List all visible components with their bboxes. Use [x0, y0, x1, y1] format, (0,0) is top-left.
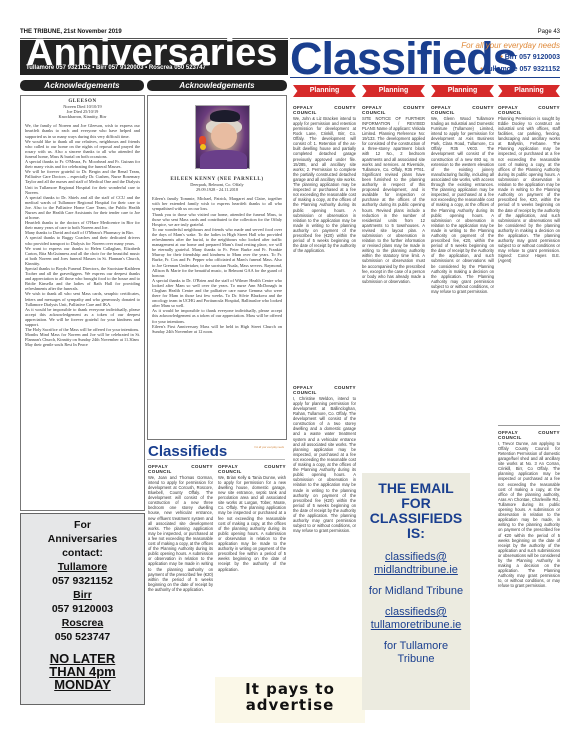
- mini-classifieds-banner: Classifieds For all your everyday needs: [147, 444, 285, 460]
- notice-paragraph: Thank you to those who visited our home,…: [152, 212, 282, 227]
- contact-phone: 050 523747: [21, 630, 144, 644]
- notice-paragraph: May their gentle souls Rest In Peace: [25, 342, 140, 347]
- planning-notice-weldon: OFFALYCOUNTY COUNCIL I, Christine Weldon…: [293, 385, 356, 533]
- contact-office-label: Roscrea: [21, 616, 144, 630]
- notice-paragraph: We will be forever grateful to Dr. Bergi…: [25, 169, 140, 194]
- portrait-photo: [195, 105, 250, 169]
- planning-notice-dunne: OFFALYCOUNTY COUNCIL I, Trevor Dunne, am…: [498, 430, 560, 589]
- classifieds-rule: [290, 77, 560, 78]
- notice-paragraph: To our wonderful neighbours and friends …: [152, 227, 282, 278]
- planning-tab: Planning: [293, 85, 356, 97]
- planning-notice-wood: OFFALYCOUNTY COUNCIL We, Glenn Wood Tull…: [431, 105, 494, 294]
- notice-paragraph: Eileen's family Tommie, Michael, Patrick…: [152, 196, 282, 211]
- email-box-caption: for Tullamore: [362, 640, 470, 653]
- notice-detail: Knockharron, Kinnitty, Birr: [25, 114, 140, 119]
- gleeson-notice: GLEESON Noreen Died 10/10/19 Joe Died 25…: [20, 95, 145, 511]
- notice-paragraph: We would like to thank all our relatives…: [25, 139, 140, 159]
- planning-notice-bracken: OFFALYCOUNTY COUNCIL We, John & Liz Brac…: [293, 105, 356, 253]
- notice-paragraph: A special thanks to Dr. O'Brien and the …: [152, 278, 282, 309]
- classifieds-phone-tullamore: • Tullamore 057 9321152: [480, 66, 560, 73]
- email-box-title: THE EMAIL FOR CLASSIFIEDS IS:: [362, 481, 470, 541]
- email-box-caption: Tribune: [362, 653, 470, 666]
- planning-notice-viskala: OFFALYCOUNTY COUNCIL SITE NOTICE OF FURT…: [362, 105, 425, 284]
- email-link-tullamore[interactable]: classifieds@: [362, 606, 470, 619]
- contact-box-text: Anniversaries: [21, 532, 144, 546]
- planning-tab: Planning: [362, 85, 425, 97]
- it-pays-to-advertise-ad: It pays to advertise: [215, 677, 365, 723]
- mini-classifieds-title: Classifieds: [148, 443, 227, 460]
- anniversaries-contact-box: For Anniversaries contact: Tullamore 057…: [20, 513, 145, 705]
- ad-line: It pays to: [217, 681, 363, 697]
- mini-classifieds-tagline: For all your everyday needs: [244, 447, 284, 455]
- contact-office-label: Tullamore: [21, 560, 144, 574]
- ad-line: advertise: [217, 697, 363, 713]
- planning-notice-gorman: OFFALYCOUNTY COUNCIL We, Joan and Thomas…: [148, 464, 213, 592]
- classifieds-tagline: For all your everyday needs: [460, 41, 560, 50]
- deadline-text: MONDAY: [21, 678, 144, 691]
- contact-box-text: For: [21, 518, 144, 532]
- notice-paragraph: A special thanks to Dr. Shiels and all t…: [25, 195, 140, 220]
- notice-paragraph: Special thanks to Boyds Funeral Director…: [25, 266, 140, 291]
- notice-paragraph: A special thanks to Buggy Coaches and th…: [25, 235, 140, 245]
- planning-notice-dooley: OFFALYCOUNTY COUNCIL Planning Permission…: [498, 105, 560, 264]
- acknowledgements-header: Acknowledgements: [20, 80, 144, 91]
- notice-paragraph: Heartfelt thanks to the doctors of O'Har…: [25, 220, 140, 230]
- contact-office-label: Birr: [21, 588, 144, 602]
- email-link-tullamore[interactable]: tullamoretribune.ie: [362, 619, 470, 632]
- notice-paragraph: A special thanks to Fr. O'Meara, Fr. Moo…: [25, 159, 140, 169]
- notice-paragraph: We, the family of Noreen and Joe Gleeson…: [25, 123, 140, 138]
- notice-paragraph: Eileen's First Anniversary Mass will be …: [152, 324, 282, 334]
- notice-paragraph: As it would be impossible to thank every…: [25, 307, 140, 327]
- contact-box-text: contact:: [21, 546, 144, 560]
- notice-paragraph: As it would be impossible to thank every…: [152, 308, 282, 323]
- email-box-caption: for Midland Tribune: [362, 585, 470, 598]
- divider: [498, 425, 560, 426]
- anniversaries-contacts: Tullamore 057 9321152 • Birr 057 9120003…: [26, 65, 206, 71]
- notice-detail: 29.09.1928 - 24.11.2018: [152, 187, 282, 192]
- notice-paragraph: We wish to thank all who sent Mass cards…: [25, 291, 140, 306]
- contact-phone: 057 9321152: [21, 574, 144, 588]
- notice-paragraph: Months Mind Mass for Noreen and Joe will…: [25, 332, 140, 342]
- acknowledgements-header: Acknowledgements: [147, 80, 287, 91]
- classifieds-phone-birr: • Birr 057 9120003: [500, 54, 560, 61]
- planning-notice-kelly: OFFALYCOUNTY COUNCIL We, Brian Kelly & T…: [218, 464, 286, 572]
- planning-tab: Planning: [498, 85, 560, 97]
- planning-tab: Planning: [431, 85, 494, 97]
- notice-paragraph: We want to express our thanks to Helen C…: [25, 246, 140, 266]
- anniversaries-banner: Anniversaries Tullamore 057 9321152 • Bi…: [20, 40, 288, 75]
- classifieds-email-box: THE EMAIL FOR CLASSIFIEDS IS: classified…: [362, 473, 470, 710]
- email-link-midland[interactable]: midlandtribune.ie: [362, 564, 470, 577]
- email-link-midland[interactable]: classifieds@: [362, 551, 470, 564]
- contact-phone: 057 9120003: [21, 602, 144, 616]
